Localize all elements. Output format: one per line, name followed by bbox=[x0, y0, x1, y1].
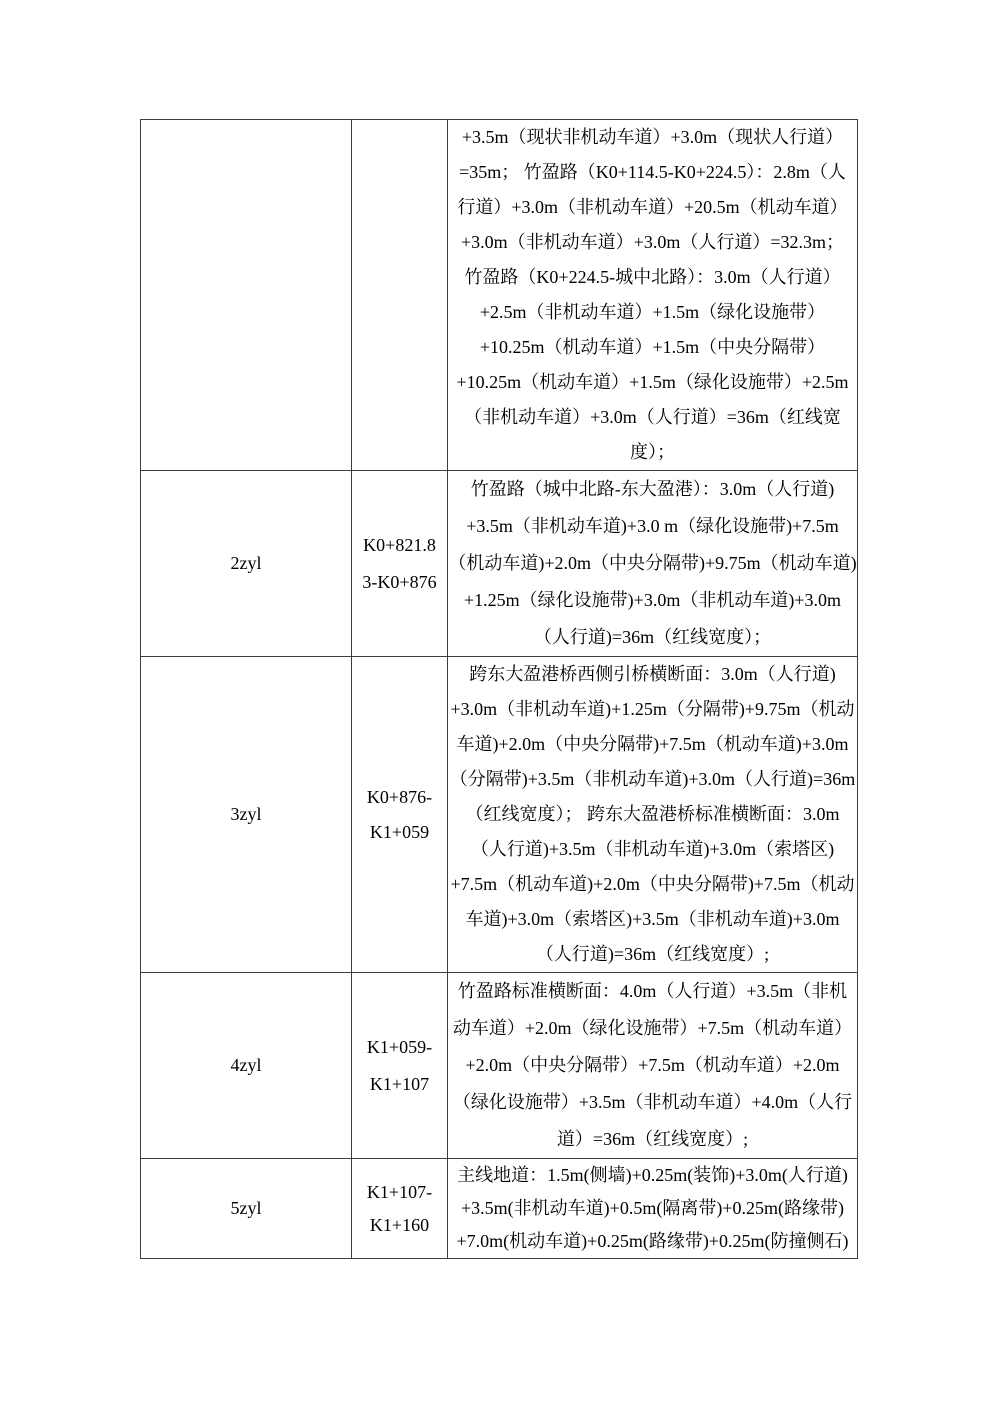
description-line: 主线地道：1.5m(侧墙)+0.25m(装饰)+3.0m(人行道) bbox=[448, 1159, 857, 1192]
description-line: 度）； bbox=[448, 435, 857, 470]
chainage-line: K1+107- bbox=[352, 1176, 447, 1209]
section-cell: 3zyl bbox=[141, 657, 352, 973]
description-line: 行道）+3.0m（非机动车道）+20.5m（机动车道） bbox=[448, 190, 857, 225]
description-line: 竹盈路（K0+224.5-城中北路）：3.0m（人行道） bbox=[448, 260, 857, 295]
description-cell: 跨东大盈港桥西侧引桥横断面：3.0m（人行道)+3.0m（非机动车道)+1.25… bbox=[448, 657, 858, 973]
road-cross-section-table: +3.5m（现状非机动车道）+3.0m（现状人行道）=35m； 竹盈路（K0+1… bbox=[140, 119, 858, 1259]
description-line: 车道)+2.0m（中央分隔带)+7.5m（机动车道)+3.0m bbox=[448, 727, 857, 762]
description-cell: 竹盈路标准横断面：4.0m（人行道）+3.5m（非机动车道）+2.0m（绿化设施… bbox=[448, 973, 858, 1159]
table-row: +3.5m（现状非机动车道）+3.0m（现状人行道）=35m； 竹盈路（K0+1… bbox=[141, 120, 858, 471]
description-line: +3.0m（非机动车道)+1.25m（分隔带)+9.75m（机动 bbox=[448, 692, 857, 727]
description-line: +1.25m（绿化设施带)+3.0m（非机动车道)+3.0m bbox=[448, 582, 857, 619]
description-line: （分隔带)+3.5m（非机动车道)+3.0m（人行道)=36m bbox=[448, 762, 857, 797]
description-line: +2.5m（非机动车道）+1.5m（绿化设施带） bbox=[448, 295, 857, 330]
chainage-line: K0+821.8 bbox=[352, 527, 447, 564]
section-cell: 2zyl bbox=[141, 471, 352, 657]
table-row: 4zylK1+059-K1+107竹盈路标准横断面：4.0m（人行道）+3.5m… bbox=[141, 973, 858, 1159]
table-body: +3.5m（现状非机动车道）+3.0m（现状人行道）=35m； 竹盈路（K0+1… bbox=[141, 120, 858, 1259]
description-line: +7.5m（机动车道)+2.0m（中央分隔带)+7.5m（机动 bbox=[448, 867, 857, 902]
description-line: （人行道)=36m（红线宽度）； bbox=[448, 619, 857, 656]
description-line: 竹盈路标准横断面：4.0m（人行道）+3.5m（非机 bbox=[448, 973, 857, 1010]
chainage-cell: K1+059-K1+107 bbox=[352, 973, 448, 1159]
description-line: +10.25m（机动车道）+1.5m（中央分隔带） bbox=[448, 330, 857, 365]
description-cell: 主线地道：1.5m(侧墙)+0.25m(装饰)+3.0m(人行道)+3.5m(非… bbox=[448, 1159, 858, 1259]
section-label: 3zyl bbox=[141, 797, 351, 832]
description-line: =35m； 竹盈路（K0+114.5-K0+224.5）：2.8m（人 bbox=[448, 155, 857, 190]
description-cell: 竹盈路（城中北路-东大盈港）：3.0m（人行道)+3.5m（非机动车道)+3.0… bbox=[448, 471, 858, 657]
chainage-line: K1+059 bbox=[352, 815, 447, 850]
description-line: +7.0m(机动车道)+0.25m(路缘带)+0.25m(防撞侧石) bbox=[448, 1225, 857, 1258]
description-line: 车道)+3.0m（索塔区)+3.5m（非机动车道)+3.0m bbox=[448, 902, 857, 937]
description-line: （绿化设施带）+3.5m（非机动车道）+4.0m（人行 bbox=[448, 1084, 857, 1121]
section-label: 4zyl bbox=[141, 1047, 351, 1084]
description-line: +3.5m（非机动车道)+3.0 m（绿化设施带)+7.5m bbox=[448, 508, 857, 545]
chainage-cell: K0+821.83-K0+876 bbox=[352, 471, 448, 657]
document-page-content: +3.5m（现状非机动车道）+3.0m（现状人行道）=35m； 竹盈路（K0+1… bbox=[140, 119, 858, 1259]
description-line: 竹盈路（城中北路-东大盈港）：3.0m（人行道) bbox=[448, 471, 857, 508]
chainage-line: K0+876- bbox=[352, 780, 447, 815]
table-row: 5zylK1+107-K1+160主线地道：1.5m(侧墙)+0.25m(装饰)… bbox=[141, 1159, 858, 1259]
description-line: （人行道)=36m（红线宽度）; bbox=[448, 937, 857, 972]
chainage-cell: K1+107-K1+160 bbox=[352, 1159, 448, 1259]
section-label: 5zyl bbox=[141, 1192, 351, 1225]
description-line: 动车道）+2.0m（绿化设施带）+7.5m（机动车道） bbox=[448, 1010, 857, 1047]
description-line: +3.5m(非机动车道)+0.5m(隔离带)+0.25m(路缘带) bbox=[448, 1192, 857, 1225]
description-line: （红线宽度）； 跨东大盈港桥标准横断面：3.0m bbox=[448, 797, 857, 832]
description-line: +10.25m（机动车道）+1.5m（绿化设施带）+2.5m bbox=[448, 365, 857, 400]
section-cell bbox=[141, 120, 352, 471]
description-cell: +3.5m（现状非机动车道）+3.0m（现状人行道）=35m； 竹盈路（K0+1… bbox=[448, 120, 858, 471]
chainage-line: K1+107 bbox=[352, 1066, 447, 1103]
chainage-line: 3-K0+876 bbox=[352, 564, 447, 601]
description-line: +3.0m（非机动车道）+3.0m（人行道）=32.3m； bbox=[448, 225, 857, 260]
section-cell: 5zyl bbox=[141, 1159, 352, 1259]
table-row: 3zylK0+876-K1+059跨东大盈港桥西侧引桥横断面：3.0m（人行道)… bbox=[141, 657, 858, 973]
section-label: 2zyl bbox=[141, 545, 351, 582]
description-line: （机动车道)+2.0m（中央分隔带)+9.75m（机动车道) bbox=[448, 545, 857, 582]
chainage-line: K1+160 bbox=[352, 1209, 447, 1242]
chainage-line: K1+059- bbox=[352, 1029, 447, 1066]
description-line: +2.0m（中央分隔带）+7.5m（机动车道）+2.0m bbox=[448, 1047, 857, 1084]
section-cell: 4zyl bbox=[141, 973, 352, 1159]
description-line: +3.5m（现状非机动车道）+3.0m（现状人行道） bbox=[448, 120, 857, 155]
description-line: （非机动车道）+3.0m（人行道）=36m（红线宽 bbox=[448, 400, 857, 435]
description-line: 跨东大盈港桥西侧引桥横断面：3.0m（人行道) bbox=[448, 657, 857, 692]
chainage-cell: K0+876-K1+059 bbox=[352, 657, 448, 973]
description-line: 道）=36m（红线宽度）; bbox=[448, 1121, 857, 1158]
chainage-cell bbox=[352, 120, 448, 471]
description-line: （人行道)+3.5m（非机动车道)+3.0m（索塔区) bbox=[448, 832, 857, 867]
table-row: 2zylK0+821.83-K0+876竹盈路（城中北路-东大盈港）：3.0m（… bbox=[141, 471, 858, 657]
